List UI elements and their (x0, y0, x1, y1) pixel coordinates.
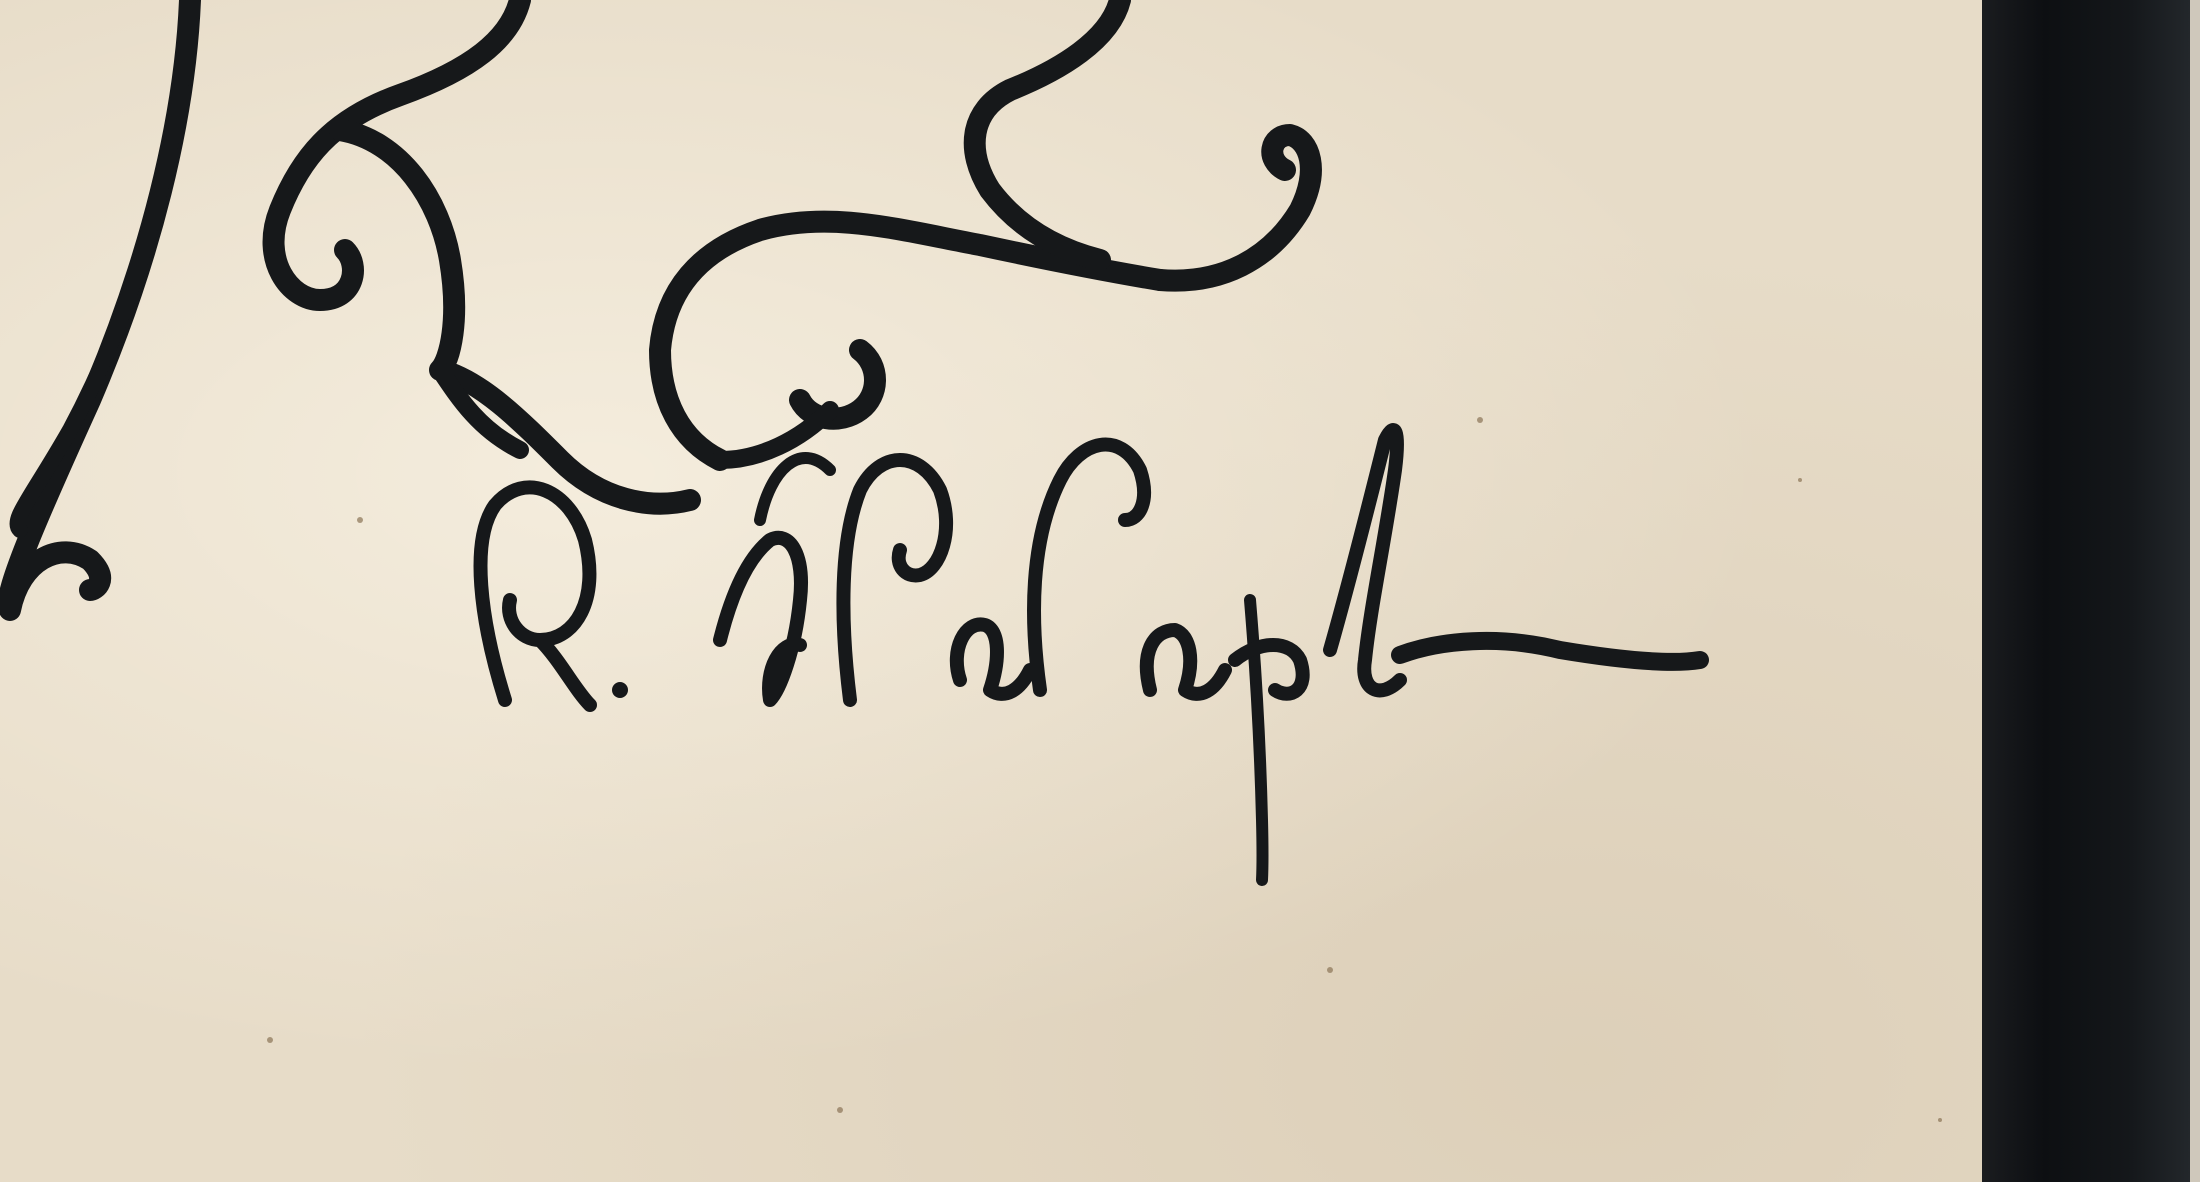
ornamental-flourishes (8, 0, 1310, 610)
paper-specks (267, 417, 1942, 1122)
frame-edge (1982, 0, 2190, 1182)
artwork-photo: R. (illegible cursive signature) (0, 0, 2200, 1182)
ink-drawing (0, 0, 2200, 1182)
frame-outer-edge (2190, 0, 2200, 1182)
